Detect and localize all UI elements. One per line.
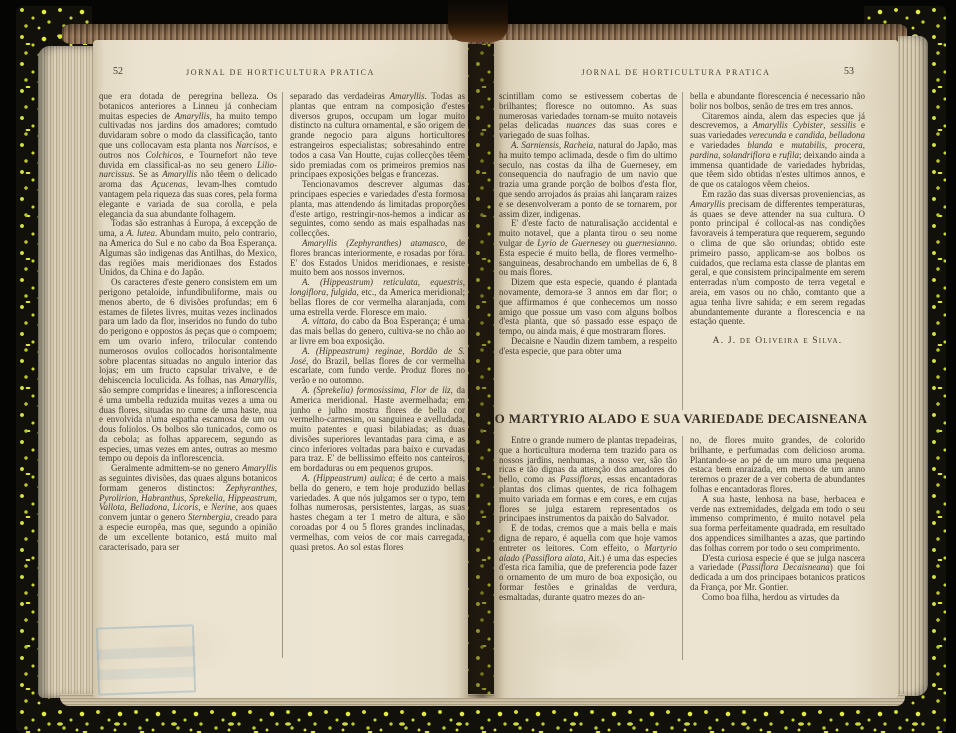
column-1: que era dotada de peregrina belleza. Os … [99, 92, 282, 658]
paragraph: Geralmente admittem-se no genero Amaryll… [99, 464, 277, 552]
paragraph: scintillam como se estivessem cobertas d… [499, 92, 677, 141]
paragraph: Amaryllis (Zephyranthes) atamasco, de fl… [290, 239, 465, 278]
paragraph: Tencionavamos descrever algumas das prin… [290, 180, 465, 239]
page-52: 52 JORNAL DE HORTICULTURA PRATICA que er… [93, 40, 468, 698]
paragraph: A. Sarniensis, Racheia, natural do Japão… [499, 141, 677, 219]
paragraph: Entre o grande numero de plantas trepade… [499, 436, 677, 524]
running-header: JORNAL DE HORTICULTURA PRATICA 53 [494, 66, 898, 80]
paragraph: A. (Sprekelia) formosissima, Flor de liz… [290, 386, 465, 474]
running-title: JORNAL DE HORTICULTURA PRATICA [93, 68, 468, 77]
article-amaryllis-continuation: scintillam como se estivessem cobertas d… [499, 92, 865, 410]
paragraph: Citaremos ainda, alem das especies que j… [690, 112, 865, 190]
book-scan: 52 JORNAL DE HORTICULTURA PRATICA que er… [0, 0, 956, 733]
spine-headband [448, 0, 508, 42]
column-2: bella e abundante florescencia é necessa… [682, 92, 865, 410]
paragraph: separado das verdadeiras Amaryllis. Toda… [290, 92, 465, 180]
paragraph: D'esta curiosa especie é que se julga na… [690, 554, 865, 593]
paragraph: que era dotada de peregrina belleza. Os … [99, 92, 277, 219]
left-page-stack-edge [38, 46, 96, 698]
section-heading: O MARTYRIO ALADO E SUA VARIEDADE DECAISN… [494, 411, 868, 427]
paragraph: Como boa filha, herdou as virtudes da [690, 593, 865, 603]
paragraph: no, de flores muito grandes, de colorido… [690, 436, 865, 495]
page-53: JORNAL DE HORTICULTURA PRATICA 53 scinti… [494, 40, 898, 698]
column-2: separado das verdadeiras Amaryllis. Toda… [282, 92, 465, 658]
right-page-stack-edge [898, 36, 928, 696]
paragraph: E de todas, cremos que a mais bella e ma… [499, 524, 677, 602]
column-2: no, de flores muito grandes, de colorido… [682, 436, 865, 660]
column-1: Entre o grande numero de plantas trepade… [499, 436, 682, 660]
paragraph: Decaisne e Naudin dizem tambem, a respei… [499, 337, 677, 357]
paragraph: Todas são estranhas á Europa, á excepção… [99, 219, 277, 278]
paragraph: Os caracteres d'este genero consistem em… [99, 278, 277, 464]
paragraph: E' d'este facto de naturalisação acciden… [499, 219, 677, 278]
column-1: scintillam como se estivessem cobertas d… [499, 92, 682, 410]
paragraph: A sua haste, lenhosa na base, herbacea e… [690, 495, 865, 554]
paragraph: bella e abundante florescencia é necessa… [690, 92, 865, 112]
text-columns: que era dotada de peregrina belleza. Os … [99, 92, 465, 658]
paragraph: A. (Hippeastrum) reticulata, equestris, … [290, 278, 465, 317]
paragraph: A. (Hippeastrum) reginae, Bordão de S. J… [290, 347, 465, 386]
library-stamp [96, 624, 196, 695]
author-signature: A. J. de Oliveira e Silva. [690, 336, 865, 346]
running-title: JORNAL DE HORTICULTURA PRATICA [494, 68, 858, 77]
paragraph: Dizem que esta especie, quando é plantad… [499, 278, 677, 337]
article-martyrio-alado: Entre o grande numero de plantas trepade… [499, 436, 865, 660]
running-header: 52 JORNAL DE HORTICULTURA PRATICA [93, 66, 468, 80]
paragraph: A. vittata, do cabo da Boa Esperança; é … [290, 317, 465, 346]
page-number: 53 [844, 66, 854, 77]
paragraph: A. (Hippeastrum) aulica; é de certo a ma… [290, 474, 465, 552]
paragraph: Em razão das suas diversas proveniencias… [690, 190, 865, 327]
